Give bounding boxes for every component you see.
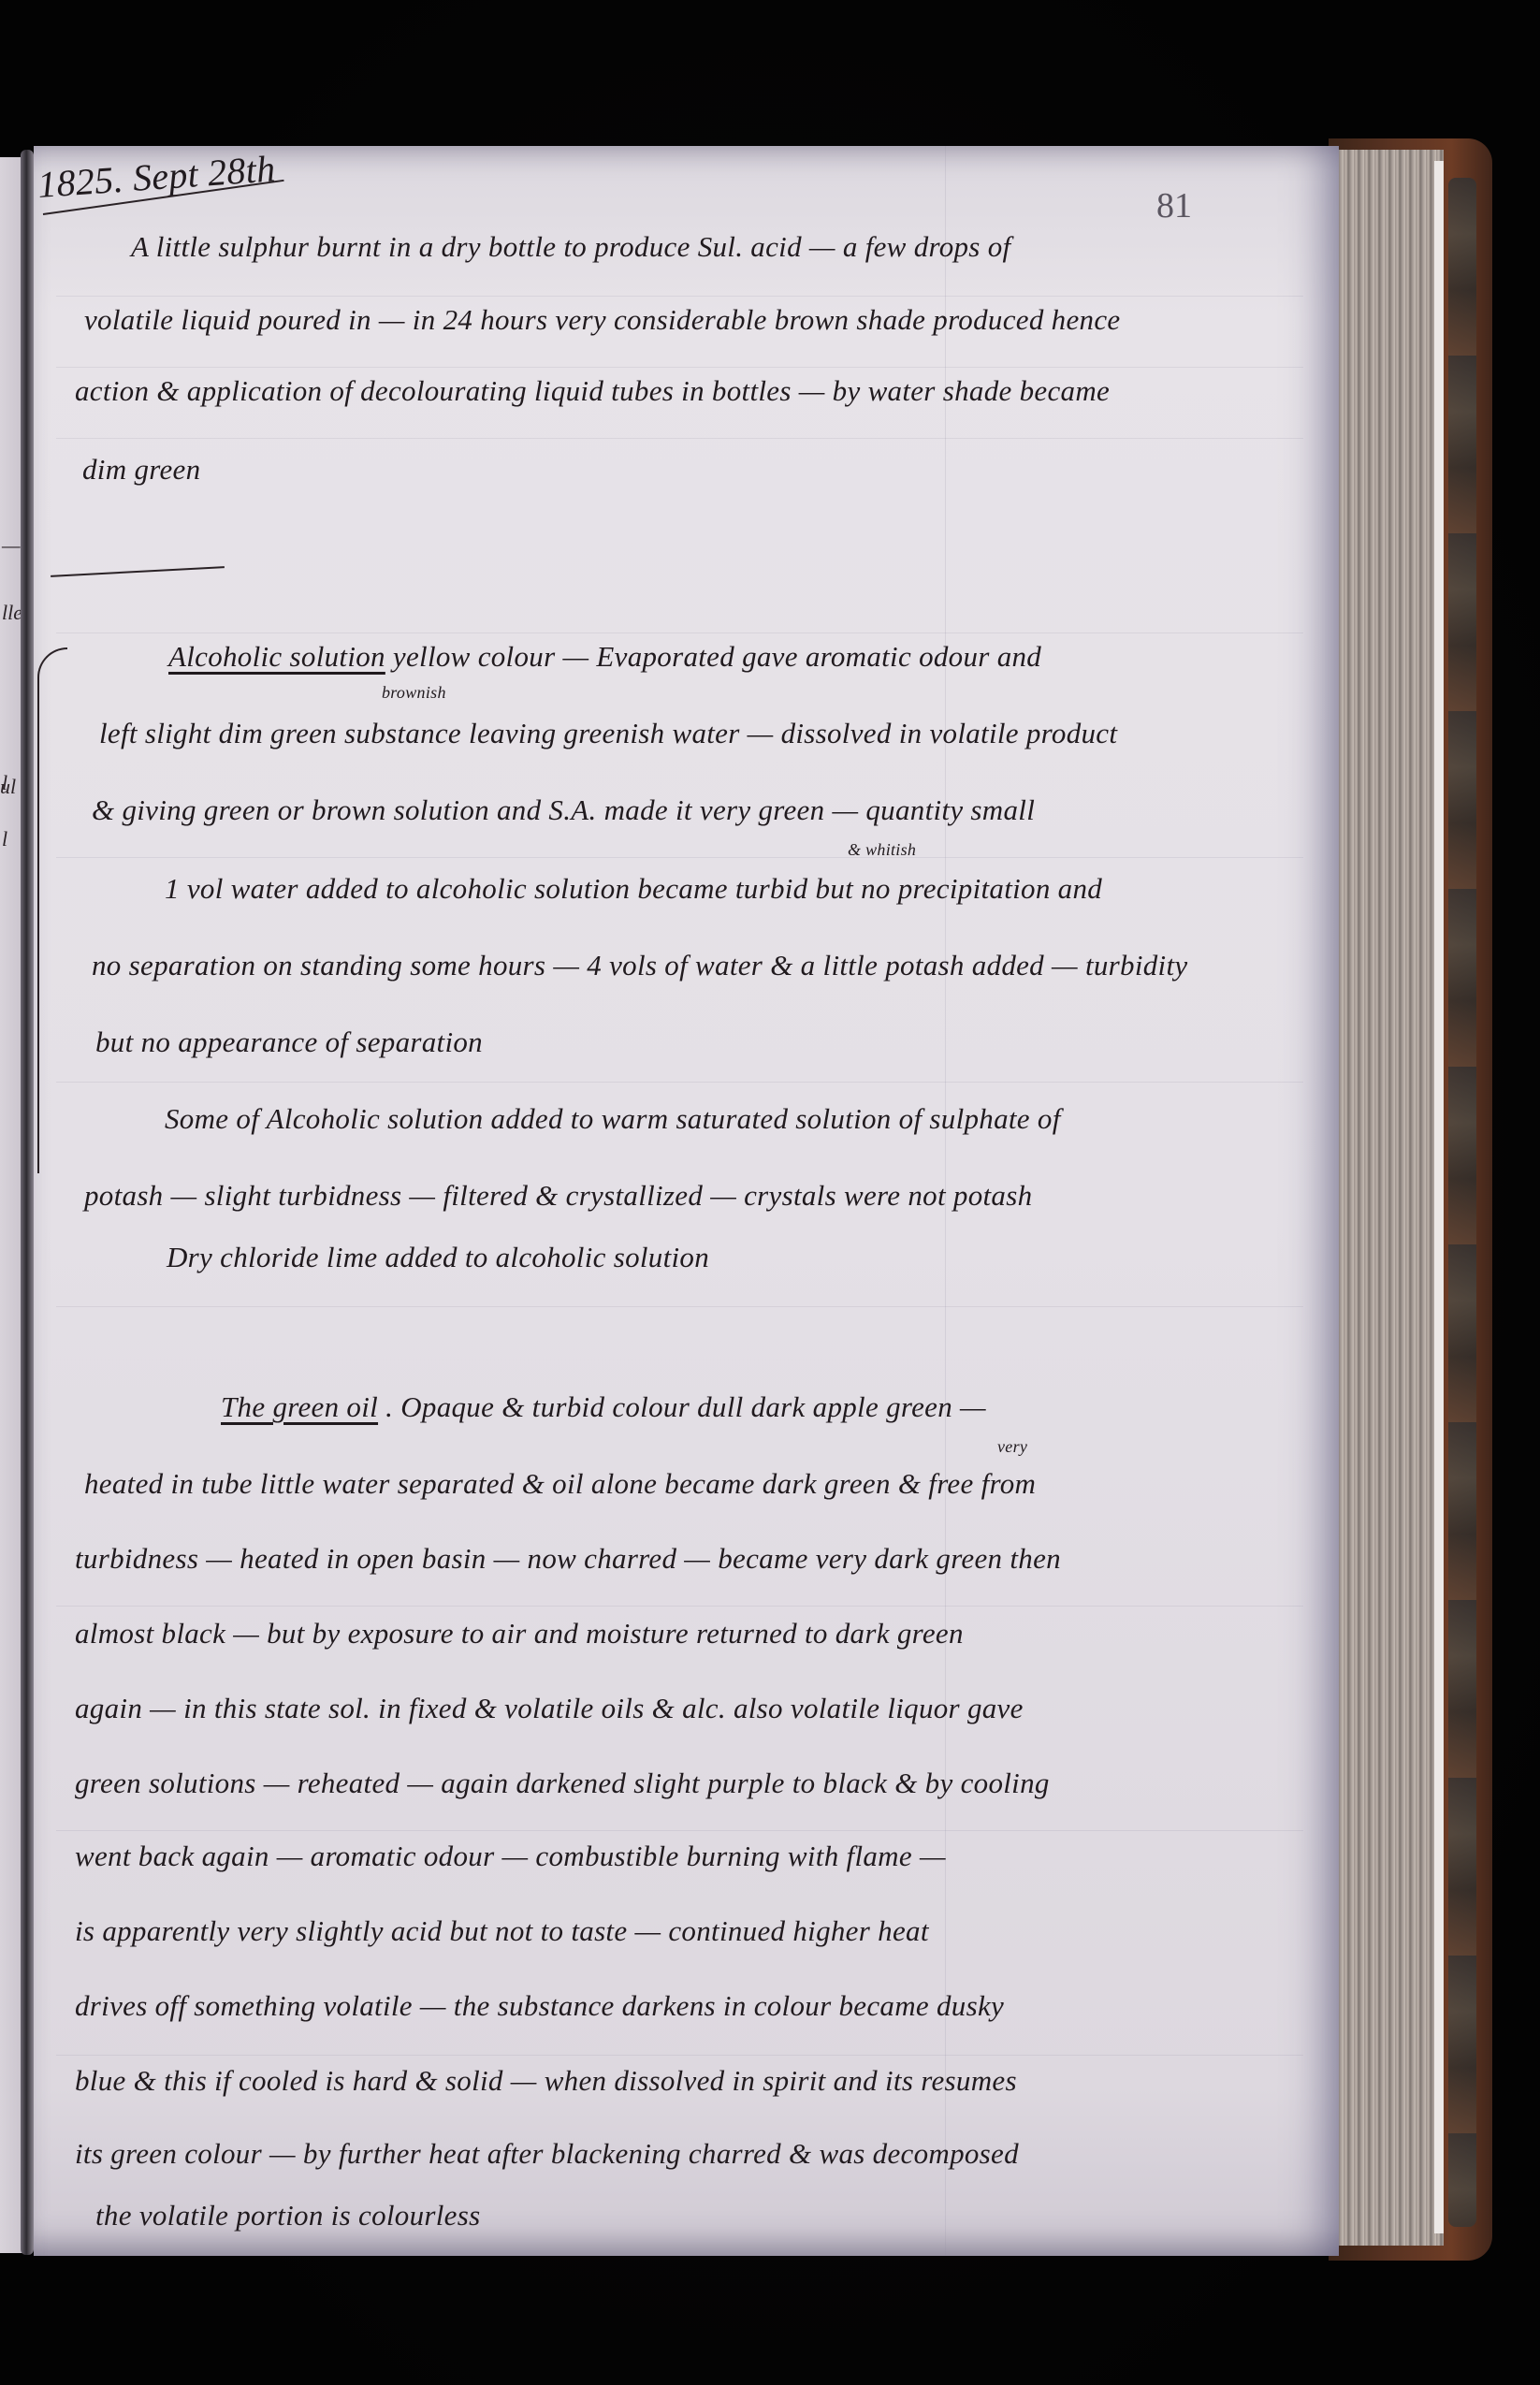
- interlinear-insertion: very: [997, 1437, 1027, 1457]
- margin-bracket: [37, 647, 67, 1173]
- manuscript-line: its green colour — by further heat after…: [75, 2139, 1019, 2168]
- page-number: 81: [1156, 185, 1192, 226]
- facing-page-fragment: lle: [2, 601, 22, 625]
- manuscript-line: A little sulphur burnt in a dry bottle t…: [131, 232, 1010, 261]
- manuscript-line: is apparently very slightly acid but not…: [75, 1916, 929, 1945]
- manuscript-line: blue & this if cooled is hard & solid — …: [75, 2066, 1017, 2095]
- manuscript-line: green solutions — reheated — again darke…: [75, 1768, 1050, 1797]
- ruled-line: [56, 1830, 1303, 1831]
- manuscript-line: almost black — but by exposure to air an…: [75, 1619, 964, 1648]
- manuscript-line: The green oil . Opaque & turbid colour d…: [221, 1392, 986, 1421]
- ruled-line: [56, 438, 1303, 439]
- section-heading-green-oil: The green oil: [221, 1390, 378, 1423]
- facing-page-fragment: —: [2, 533, 21, 558]
- manuscript-line: drives off something volatile — the subs…: [75, 1991, 1004, 2020]
- page-block-edges: [1333, 150, 1444, 2246]
- interlinear-insertion: & whitish: [848, 840, 916, 860]
- manuscript-line: heated in tube little water separated & …: [84, 1469, 1036, 1498]
- manuscript-line: dim green: [82, 455, 200, 484]
- facing-page-fragment: ul: [0, 775, 16, 799]
- ruled-line: [56, 633, 1303, 633]
- manuscript-line: went back again — aromatic odour — combu…: [75, 1841, 946, 1870]
- ruled-line: [56, 367, 1303, 368]
- ruled-line: [56, 2055, 1303, 2056]
- manuscript-line: turbidness — heated in open basin — now …: [75, 1544, 1061, 1573]
- notebook-page: 1825. Sept 28th 81 A little sulphur burn…: [34, 146, 1339, 2256]
- section-heading-alcoholic-solution: Alcoholic solution: [168, 640, 385, 673]
- manuscript-line: action & application of decolourating li…: [75, 376, 1110, 405]
- section-divider: [51, 566, 225, 577]
- manuscript-line: Alcoholic solution yellow colour — Evapo…: [168, 642, 1041, 671]
- manuscript-line: potash — slight turbidness — filtered & …: [84, 1181, 1032, 1210]
- interlinear-insertion: brownish: [382, 683, 446, 703]
- line-remainder: . Opaque & turbid colour dull dark apple…: [385, 1390, 986, 1423]
- line-remainder: yellow colour — Evaporated gave aromatic…: [393, 640, 1041, 673]
- manuscript-line: again — in this state sol. in fixed & vo…: [75, 1694, 1024, 1723]
- manuscript-line: volatile liquid poured in — in 24 hours …: [84, 305, 1120, 334]
- manuscript-line: Some of Alcoholic solution added to warm…: [165, 1104, 1061, 1133]
- manuscript-line: & giving green or brown solution and S.A…: [92, 795, 1035, 824]
- facing-page-fragment: l: [2, 827, 7, 851]
- marbled-cover-edge: [1448, 178, 1476, 2227]
- book-gutter: [21, 150, 34, 2255]
- flyleaf-edge: [1434, 161, 1444, 2233]
- manuscript-line: but no appearance of separation: [95, 1027, 483, 1056]
- manuscript-line: Dry chloride lime added to alcoholic sol…: [167, 1243, 709, 1272]
- ruled-line: [56, 857, 1303, 858]
- ruled-line: [56, 296, 1303, 297]
- manuscript-line: left slight dim green substance leaving …: [99, 719, 1117, 748]
- manuscript-line: 1 vol water added to alcoholic solution …: [165, 874, 1102, 903]
- ruled-line: [56, 1606, 1303, 1607]
- manuscript-line: the volatile portion is colourless: [95, 2201, 480, 2230]
- manuscript-line: no separation on standing some hours — 4…: [92, 951, 1187, 980]
- ruled-line: [56, 1306, 1303, 1307]
- ruled-line: [56, 1082, 1303, 1083]
